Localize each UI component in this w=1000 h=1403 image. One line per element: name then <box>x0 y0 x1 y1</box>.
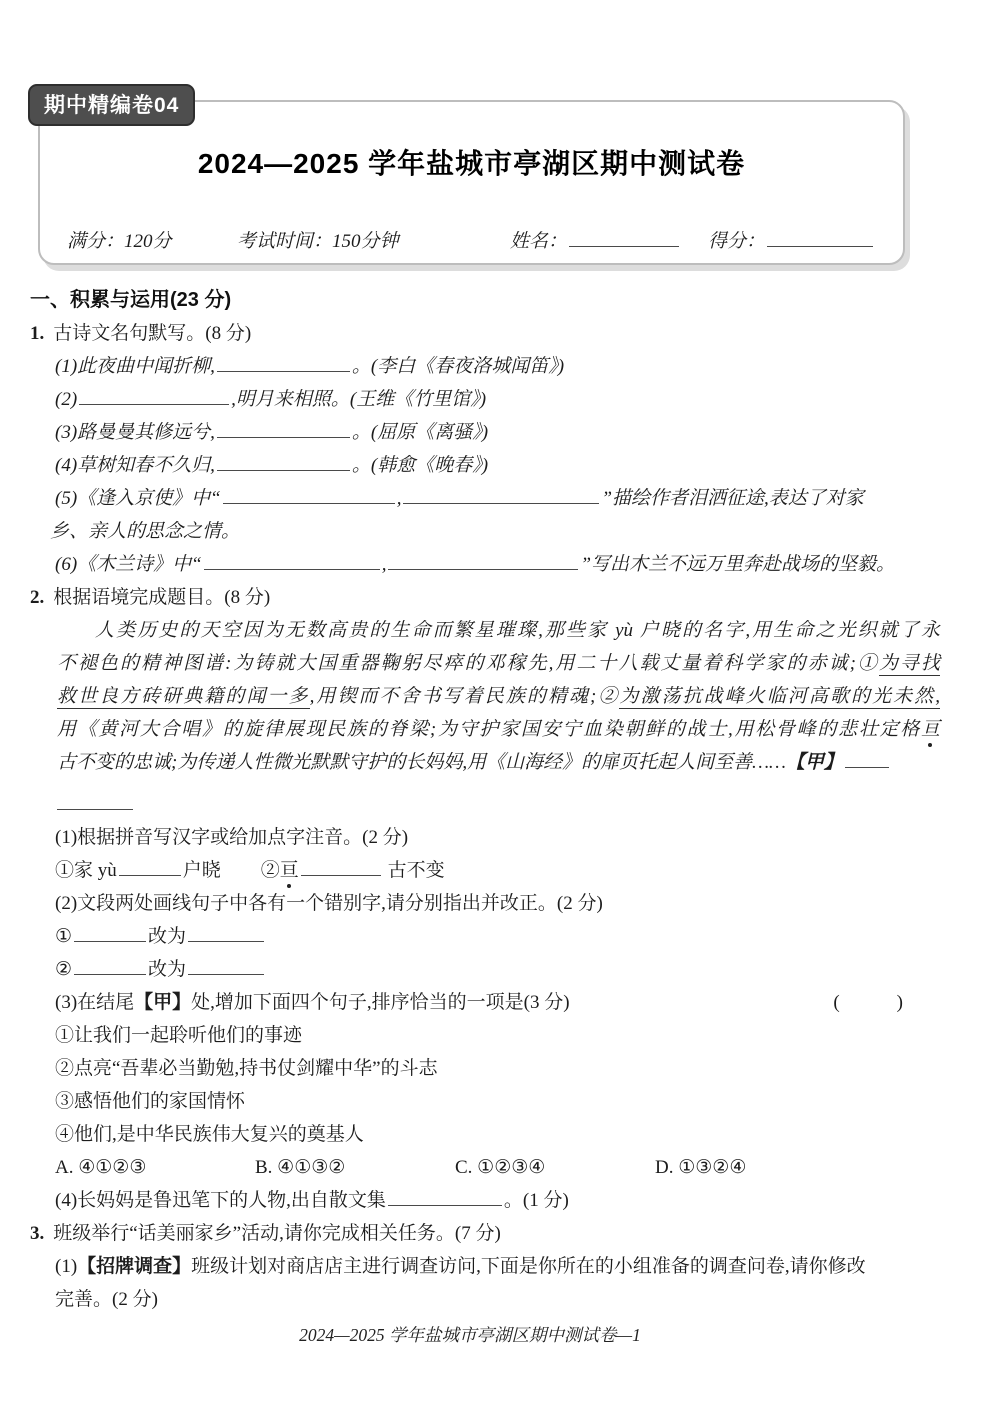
q1-item-4-pre: (4)草树知春不久归, <box>55 455 215 476</box>
q2-sub2-item2-blank-1 <box>74 957 146 975</box>
name-field: 姓名： <box>510 226 681 253</box>
q3-sub1-row: (1)【招牌调查】班级计划对商店店主进行调查访问,下面是你所在的小组准备的调查问… <box>55 1250 965 1283</box>
q1-item-5-continuation: 乡、亲人的思念之情。 <box>50 521 240 542</box>
question-1-stem-row: 1.古诗文名句默写。(8 分) <box>30 317 965 350</box>
question-1-stem: 古诗文名句默写。(8 分) <box>53 323 251 344</box>
exam-info-row: 满分：120分 考试时间：150分钟 姓名： 得分： <box>40 226 903 256</box>
q1-item-4-post: 。(韩愈《晚春》) <box>352 455 488 476</box>
q1-item-5-comma: , <box>397 488 402 509</box>
q2-para-dotted-char: 亘 <box>921 719 940 740</box>
q2-para-underline-2: 为激荡抗战峰火临河高歌的光未然, <box>619 686 940 709</box>
page-footer: 2024—2025 学年盐城市亭湖区期中测试卷—1 <box>0 1322 940 1347</box>
q2-para-seg-2: 不褪色的精神图谱:为铸就大国重器鞠躬尽瘁的邓稼先,用二十八载丈量着科学家的赤诚;… <box>57 653 879 674</box>
q1-item-3-blank <box>217 420 350 438</box>
q2-paragraph-line-2: 不褪色的精神图谱:为铸就大国重器鞠躬尽瘁的邓稼先,用二十八载丈量着科学家的赤诚;… <box>57 647 940 680</box>
exam-paper-page: 期中精编卷04 2024—2025 学年盐城市亭湖区期中测试卷 满分：120分 … <box>0 0 1000 1403</box>
q2-sub2-item1-blank-1 <box>74 924 146 942</box>
q2-sub1-item2-dotted-char: 亘 <box>280 860 299 881</box>
q1-item-2-post: ,明月来相照。(王维《竹里馆》) <box>231 389 486 410</box>
q2-para-seg-5: 古不变的忠诚;为传递人性微光默默守护的长妈妈,用《山海经》的扉页托起人间至善…… <box>57 752 786 773</box>
name-blank <box>569 229 679 247</box>
q1-item-6-comma: , <box>382 554 387 575</box>
q2-para-end-blank <box>845 750 889 768</box>
q2-sub2-item1-mid: 改为 <box>148 926 186 947</box>
q1-item-5-line2: 乡、亲人的思念之情。 <box>50 515 965 548</box>
question-2-stem: 根据语境完成题目。(8 分) <box>53 587 270 608</box>
q1-item-6-blank-1 <box>204 552 380 570</box>
q2-para-underline-1-end: 救世良方砖研典籍的闻一多 <box>57 686 310 709</box>
question-3-number: 3. <box>30 1223 44 1244</box>
q1-item-6: (6)《木兰诗》中“,”写出木兰不远万里奔赴战场的坚毅。 <box>55 548 965 581</box>
q2-para-continuation-blank <box>57 792 133 810</box>
question-3-stem-row: 3.班级举行“话美丽家乡”活动,请你完成相关任务。(7 分) <box>30 1217 965 1250</box>
q2-sub4-post: 。(1 分) <box>504 1190 569 1211</box>
q2-sub1-stem: (1)根据拼音写汉字或给加点字注音。(2 分) <box>55 821 965 854</box>
q2-sub3-option-1: ①让我们一起聆听他们的事迹 <box>55 1019 965 1052</box>
q1-item-1-pre: (1)此夜曲中闻折柳, <box>55 356 215 377</box>
q2-sub1-item1-pre: ①家 yù <box>55 860 117 881</box>
q2-sub4-blank <box>388 1188 502 1206</box>
q2-sub1-item2-post: 古不变 <box>388 860 445 881</box>
score-field: 得分： <box>708 226 875 253</box>
q2-sub1-item2-blank <box>301 858 381 876</box>
q2-paragraph-line-1: 人类历史的天空因为无数高贵的生命而繁星璀璨,那些家 yù 户晓的名字,用生命之光… <box>57 614 940 647</box>
exam-time-label: 考试时间：150分钟 <box>237 226 399 253</box>
q1-item-4: (4)草树知春不久归,。(韩愈《晚春》) <box>55 449 965 482</box>
q1-item-5-blank-1 <box>223 486 395 504</box>
q2-sub1-items: ①家 yù户晓②亘 古不变 <box>55 854 965 887</box>
q2-sub1-item2-pre: ② <box>261 860 280 881</box>
q2-paragraph-line-3: 救世良方砖研典籍的闻一多,用锲而不舍书写着民族的精魂;②为激荡抗战峰火临河高歌的… <box>57 680 940 713</box>
q2-sub2-item2-num: ② <box>55 959 72 980</box>
q2-para-underline-1-start: 为寻找 <box>879 653 940 676</box>
q1-item-1-post: 。(李白《春夜洛城闻笛》) <box>352 356 564 377</box>
question-3-stem: 班级举行“话美丽家乡”活动,请你完成相关任务。(7 分) <box>53 1223 501 1244</box>
exam-set-badge: 期中精编卷04 <box>28 84 195 126</box>
q1-item-1: (1)此夜曲中闻折柳,。(李白《春夜洛城闻笛》) <box>55 350 965 383</box>
q2-sub3-choice-a: A. ④①②③ <box>55 1151 255 1184</box>
question-2-number: 2. <box>30 587 44 608</box>
q1-item-1-blank <box>217 354 350 372</box>
q2-sub2-item2: ②改为 <box>55 953 965 986</box>
q2-sub1-item1-blank <box>119 858 181 876</box>
q1-item-5: (5)《逢入京使》中“,”描绘作者泪洒征途,表达了对家 <box>55 482 965 515</box>
q1-item-3-pre: (3)路曼曼其修远兮, <box>55 422 215 443</box>
q2-sub3-stem-pre: (3)在结尾 <box>55 992 134 1013</box>
q2-sub3-stem: (3)在结尾【甲】处,增加下面四个句子,排序恰当的一项是(3 分) <box>55 986 570 1019</box>
q2-sub2-item2-mid: 改为 <box>148 959 186 980</box>
q2-sub3-option-2: ②点亮“吾辈必当勤勉,持书仗剑耀中华”的斗志 <box>55 1052 965 1085</box>
q1-item-3: (3)路曼曼其修远兮,。(屈原《离骚》) <box>55 416 965 449</box>
q1-item-6-post: ”写出木兰不远万里奔赴战场的坚毅。 <box>580 554 895 575</box>
q2-paragraph-line-5: 古不变的忠诚;为传递人性微光默默守护的长妈妈,用《山海经》的扉页托起人间至善……… <box>57 746 940 779</box>
q2-para-seg-3: ,用锲而不舍书写着民族的精魂;② <box>310 686 620 707</box>
q2-sub3-option-3: ③感悟他们的家国情怀 <box>55 1085 965 1118</box>
q2-para-seg-4: 用《黄河大合唱》的旋律展现民族的脊梁;为守护家国安宁血染朝鲜的战士,用松骨峰的悲… <box>57 719 921 740</box>
q2-sub3-jia-tag: 【甲】 <box>134 992 191 1013</box>
q1-item-4-blank <box>217 453 350 471</box>
q2-sub1-item1-post: 户晓 <box>183 860 221 881</box>
q2-sub3-choices-row: A. ④①②③ B. ④①③② C. ①②③④ D. ①③②④ <box>55 1151 965 1184</box>
q2-sub3-option-4: ④他们,是中华民族伟大复兴的奠基人 <box>55 1118 965 1151</box>
q1-item-2-blank <box>79 387 229 405</box>
section-1-heading: 一、积累与运用(23 分) <box>30 284 965 317</box>
q1-item-6-blank-2 <box>388 552 578 570</box>
question-2-stem-row: 2.根据语境完成题目。(8 分) <box>30 581 965 614</box>
q2-sub3-stem-row: (3)在结尾【甲】处,增加下面四个句子,排序恰当的一项是(3 分) ( ) <box>55 986 965 1019</box>
q2-sub2-item1: ①改为 <box>55 920 965 953</box>
score-blank <box>767 229 873 247</box>
q3-sub1-line2: 完善。(2 分) <box>55 1283 965 1316</box>
question-1-number: 1. <box>30 323 44 344</box>
q2-sub3-choice-d: D. ①③②④ <box>655 1151 855 1184</box>
full-score-label: 满分：120分 <box>67 226 172 253</box>
q2-sub4-row: (4)长妈妈是鲁迅笔下的人物,出自散文集。(1 分) <box>55 1184 965 1217</box>
paper-title: 2024—2025 学年盐城市亭湖区期中测试卷 <box>40 142 903 182</box>
q1-item-2: (2),明月来相照。(王维《竹里馆》) <box>55 383 965 416</box>
name-label: 姓名： <box>510 231 567 252</box>
q2-sub3-answer-bracket: ( ) <box>833 986 903 1019</box>
q2-paragraph-line-4: 用《黄河大合唱》的旋律展现民族的脊梁;为守护家国安宁血染朝鲜的战士,用松骨峰的悲… <box>57 713 940 746</box>
q2-sub3-stem-post: 处,增加下面四个句子,排序恰当的一项是(3 分) <box>191 992 569 1013</box>
q2-sub3-choice-c: C. ①②③④ <box>455 1151 655 1184</box>
q2-para-blank-continuation-row <box>57 788 965 821</box>
q1-item-2-pre: (2) <box>55 389 77 410</box>
q2-sub2-stem: (2)文段两处画线句子中各有一个错别字,请分别指出并改正。(2 分) <box>55 887 965 920</box>
q2-para-jia-tag: 【甲】 <box>786 752 843 773</box>
score-label: 得分： <box>708 231 765 252</box>
q1-item-5-pre: (5)《逢入京使》中“ <box>55 488 221 509</box>
q1-item-5-blank-2 <box>403 486 599 504</box>
q2-sub4-pre: (4)长妈妈是鲁迅笔下的人物,出自散文集 <box>55 1190 386 1211</box>
q2-sub2-item1-blank-2 <box>188 924 264 942</box>
q3-sub1-text: 班级计划对商店店主进行调查访问,下面是你所在的小组准备的调查问卷,请你修改 <box>191 1256 866 1277</box>
q2-sub2-item1-num: ① <box>55 926 72 947</box>
q3-sub1-tag: 【招牌调查】 <box>77 1256 191 1277</box>
q2-sub2-item2-blank-2 <box>188 957 264 975</box>
q1-item-5-post: ”描绘作者泪洒征途,表达了对家 <box>601 488 863 509</box>
q2-sub3-choice-b: B. ④①③② <box>255 1151 455 1184</box>
paper-body: 一、积累与运用(23 分) 1.古诗文名句默写。(8 分) (1)此夜曲中闻折柳… <box>30 284 965 1316</box>
q3-sub1-pre: (1) <box>55 1256 77 1277</box>
q1-item-3-post: 。(屈原《离骚》) <box>352 422 488 443</box>
q1-item-6-pre: (6)《木兰诗》中“ <box>55 554 202 575</box>
q2-para-seg-1: 人类历史的天空因为无数高贵的生命而繁星璀璨,那些家 yù 户晓的名字,用生命之光… <box>95 620 940 641</box>
